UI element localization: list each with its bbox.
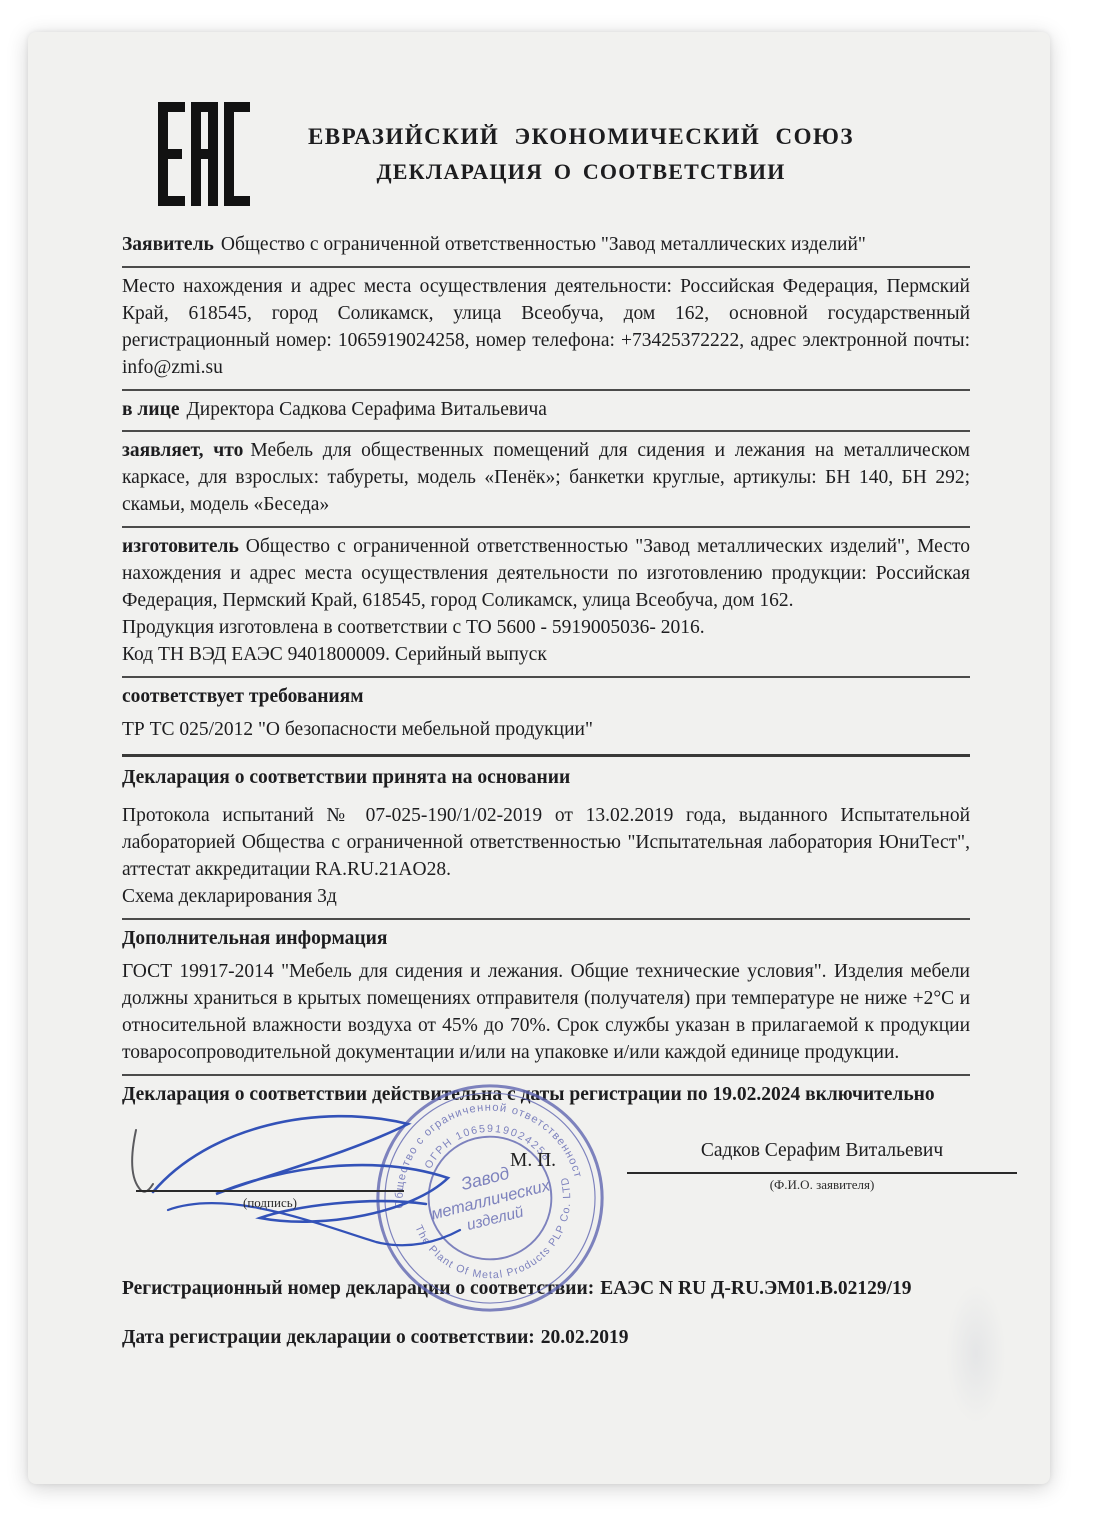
fio-line bbox=[627, 1162, 1017, 1174]
document-page: ЕВРАЗИЙСКИЙ ЭКОНОМИЧЕСКИЙ СОЮЗ ДЕКЛАРАЦИ… bbox=[28, 32, 1050, 1484]
signature-area: Общество с ограниченной ответственностью… bbox=[122, 1114, 970, 1262]
registration-date-value: 20.02.2019 bbox=[541, 1327, 629, 1348]
divider bbox=[122, 389, 970, 391]
additional-paragraph: ГОСТ 19917-2014 "Мебель для сидения и ле… bbox=[122, 959, 970, 1067]
applicant-text: Общество с ограниченной ответственностью… bbox=[221, 234, 866, 255]
signature-line bbox=[136, 1172, 404, 1192]
in-person-label: в лице bbox=[122, 399, 179, 420]
divider bbox=[122, 754, 970, 757]
scheme-line: Схема декларирования 3д bbox=[122, 884, 970, 911]
signature-field: (подпись) bbox=[136, 1172, 404, 1211]
manufacturer-label: изготовитель bbox=[122, 536, 239, 557]
signature-caption: (подпись) bbox=[136, 1195, 404, 1211]
page-title-line1: ЕВРАЗИЙСКИЙ ЭКОНОМИЧЕСКИЙ СОЮЗ bbox=[252, 124, 910, 150]
basis-heading: Декларация о соответствии принята на осн… bbox=[122, 765, 970, 792]
compliance-heading: соответствует требованиям bbox=[122, 684, 970, 711]
scan-artifact bbox=[946, 1284, 1006, 1424]
divider bbox=[122, 918, 970, 920]
in-person-line: в лицеДиректора Садкова Серафима Виталье… bbox=[122, 397, 970, 424]
divider bbox=[122, 676, 970, 678]
declares-label: заявляет, что bbox=[122, 440, 243, 461]
document-header: ЕВРАЗИЙСКИЙ ЭКОНОМИЧЕСКИЙ СОЮЗ ДЕКЛАРАЦИ… bbox=[122, 102, 970, 206]
applicant-fio: Садков Серафим Витальевич bbox=[627, 1140, 1017, 1162]
fio-caption: (Ф.И.О. заявителя) bbox=[627, 1177, 1017, 1193]
tnved-code-line: Код ТН ВЭД ЕАЭС 9401800009. Серийный вып… bbox=[122, 642, 970, 669]
address-paragraph: Место нахождения и адрес места осуществл… bbox=[122, 274, 970, 382]
divider bbox=[122, 526, 970, 528]
page-title-line2: ДЕКЛАРАЦИЯ О СООТВЕТСТВИИ bbox=[252, 159, 910, 185]
divider bbox=[122, 430, 970, 432]
additional-heading: Дополнительная информация bbox=[122, 926, 970, 953]
eac-mark-icon bbox=[156, 102, 252, 206]
applicant-name-field: Садков Серафим Витальевич (Ф.И.О. заявит… bbox=[627, 1140, 1017, 1193]
basis-paragraph: Протокола испытаний № 07-025-190/1/02-20… bbox=[122, 803, 970, 884]
page-title: ЕВРАЗИЙСКИЙ ЭКОНОМИЧЕСКИЙ СОЮЗ ДЕКЛАРАЦИ… bbox=[252, 102, 970, 185]
registration-date-line: Дата регистрации декларации о соответств… bbox=[122, 1325, 970, 1352]
applicant-line: ЗаявительОбщество с ограниченной ответст… bbox=[122, 232, 970, 259]
registration-number-value: ЕАЭС N RU Д-RU.ЭМ01.В.02129/19 bbox=[600, 1278, 911, 1299]
divider bbox=[122, 266, 970, 268]
declares-text: Мебель для общественных помещений для си… bbox=[122, 440, 970, 515]
manufacturer-text: Общество с ограниченной ответственностью… bbox=[122, 536, 970, 611]
compliance-text: ТР ТС 025/2012 "О безопасности мебельной… bbox=[122, 717, 970, 744]
declares-paragraph: заявляет, чтоМебель для общественных пом… bbox=[122, 438, 970, 519]
production-standard-line: Продукция изготовлена в соответствии с Т… bbox=[122, 615, 970, 642]
in-person-text: Директора Садкова Серафима Витальевича bbox=[186, 399, 546, 420]
applicant-label: Заявитель bbox=[122, 234, 214, 255]
manufacturer-paragraph: изготовительОбщество с ограниченной отве… bbox=[122, 534, 970, 615]
registration-date-label: Дата регистрации декларации о соответств… bbox=[122, 1327, 535, 1348]
stamp-place-label: М. П. bbox=[510, 1150, 556, 1172]
